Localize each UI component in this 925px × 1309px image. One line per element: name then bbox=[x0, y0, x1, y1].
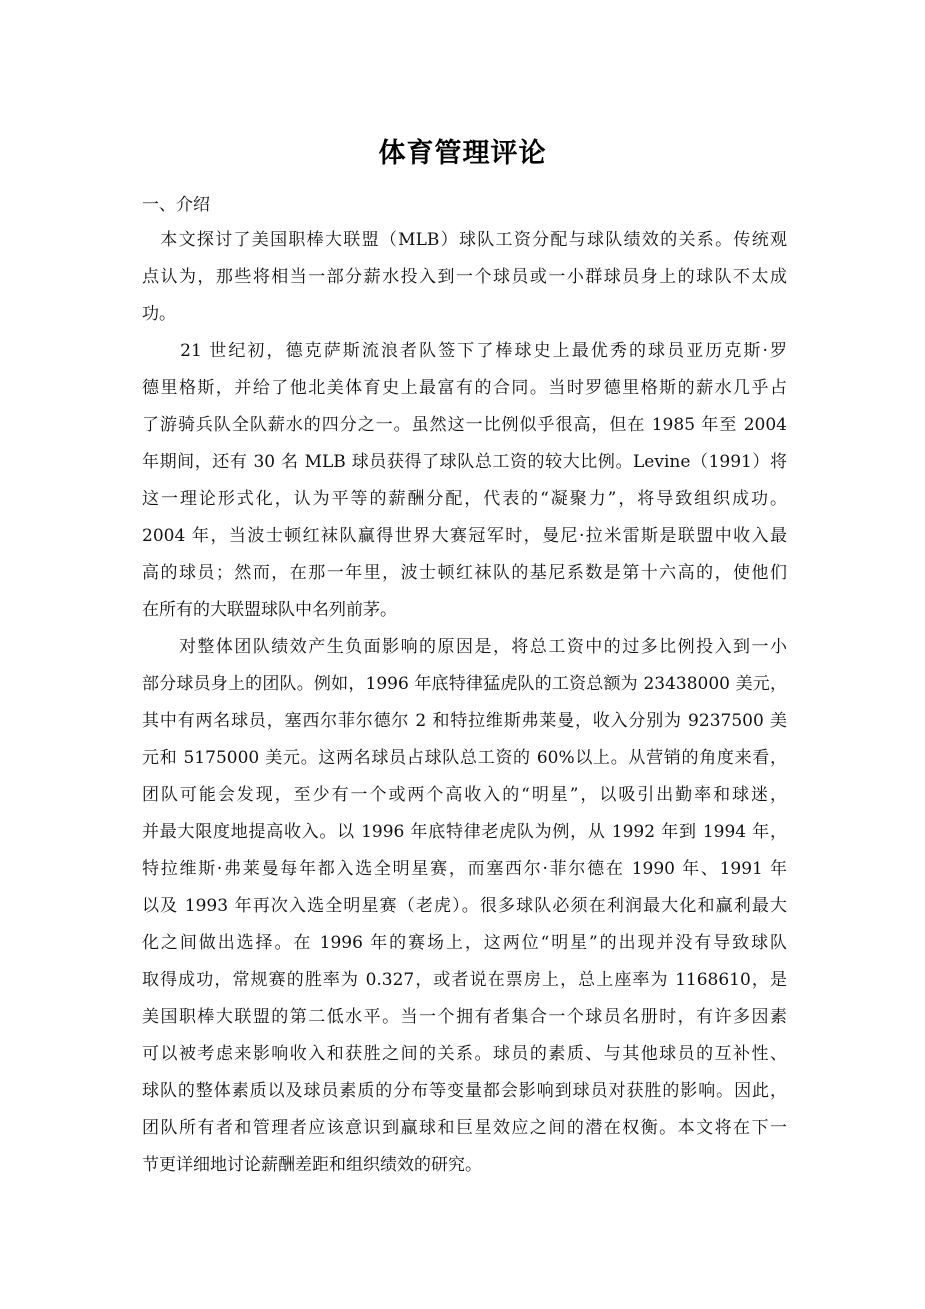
paragraph-line: 团队所有者和管理者应该意识到赢球和巨星效应之间的潜在权衡。本文将在下一 bbox=[142, 1116, 787, 1140]
paragraph-line: 元和 5175000 美元。这两名球员占球队总工资的 60%以上。从营销的角度来… bbox=[142, 746, 787, 770]
paragraph-line: 2004 年，当波士顿红袜队赢得世界大赛冠军时，曼尼·拉米雷斯是联盟中收入最 bbox=[142, 524, 787, 548]
paragraph-line: 本文探讨了美国职棒大联盟（MLB）球队工资分配与球队绩效的关系。传统观 bbox=[142, 228, 787, 252]
paragraph-line: 团队可能会发现，至少有一个或两个高收入的“明星”，以吸引出勤率和球迷， bbox=[142, 783, 787, 807]
document-page: 体育管理评论 一、介绍 本文探讨了美国职棒大联盟（MLB）球队工资分配与球队绩效… bbox=[0, 0, 925, 1309]
paragraph-line: 节更详细地讨论薪酬差距和组织绩效的研究。 bbox=[142, 1153, 787, 1177]
paragraph-line: 美国职棒大联盟的第二低水平。当一个拥有者集合一个球员名册时，有许多因素 bbox=[142, 1005, 787, 1029]
paragraph-line: 取得成功，常规赛的胜率为 0.327，或者说在票房上，总上座率为 1168610… bbox=[142, 968, 787, 992]
paragraph-line: 对整体团队绩效产生负面影响的原因是，将总工资中的过多比例投入到一小 bbox=[142, 635, 787, 659]
document-title: 体育管理评论 bbox=[0, 131, 925, 170]
paragraph-line: 了游骑兵队全队薪水的四分之一。虽然这一比例似乎很高，但在 1985 年至 200… bbox=[142, 413, 787, 437]
paragraph-line: 高的球员；然而，在那一年里，波士顿红袜队的基尼系数是第十六高的，使他们 bbox=[142, 561, 787, 585]
paragraph-line: 部分球员身上的团队。例如，1996 年底特律猛虎队的工资总额为 23438000… bbox=[142, 672, 787, 696]
section-heading: 一、介绍 bbox=[142, 190, 210, 215]
paragraph-line: 21 世纪初，德克萨斯流浪者队签下了棒球史上最优秀的球员亚历克斯·罗 bbox=[142, 339, 787, 363]
paragraph-line: 可以被考虑来影响收入和获胜之间的关系。球员的素质、与其他球员的互补性、 bbox=[142, 1042, 787, 1066]
paragraph-line: 其中有两名球员，塞西尔菲尔德尔 2 和特拉维斯弗莱曼，收入分别为 9237500… bbox=[142, 709, 787, 733]
paragraph-line: 这一理论形式化，认为平等的薪酬分配，代表的“凝聚力”，将导致组织成功。 bbox=[142, 487, 787, 511]
paragraph-line: 在所有的大联盟球队中名列前茅。 bbox=[142, 598, 787, 622]
paragraph-line: 功。 bbox=[142, 302, 787, 326]
paragraph-line: 并最大限度地提高收入。以 1996 年底特律老虎队为例，从 1992 年到 19… bbox=[142, 820, 787, 844]
paragraph-line: 化之间做出选择。在 1996 年的赛场上，这两位“明星”的出现并没有导致球队 bbox=[142, 931, 787, 955]
paragraph-line: 特拉维斯·弗莱曼每年都入选全明星赛，而塞西尔·菲尔德在 1990 年、1991 … bbox=[142, 857, 787, 881]
paragraph-line: 年期间，还有 30 名 MLB 球员获得了球队总工资的较大比例。Levine（1… bbox=[142, 450, 787, 474]
paragraph-line: 德里格斯，并给了他北美体育史上最富有的合同。当时罗德里格斯的薪水几乎占 bbox=[142, 376, 787, 400]
paragraph-line: 球队的整体素质以及球员素质的分布等变量都会影响到球员对获胜的影响。因此， bbox=[142, 1079, 787, 1103]
paragraph-line: 以及 1993 年再次入选全明星赛（老虎）。很多球队必须在利润最大化和赢利最大 bbox=[142, 894, 787, 918]
paragraph-line: 点认为，那些将相当一部分薪水投入到一个球员或一小群球员身上的球队不太成 bbox=[142, 265, 787, 289]
